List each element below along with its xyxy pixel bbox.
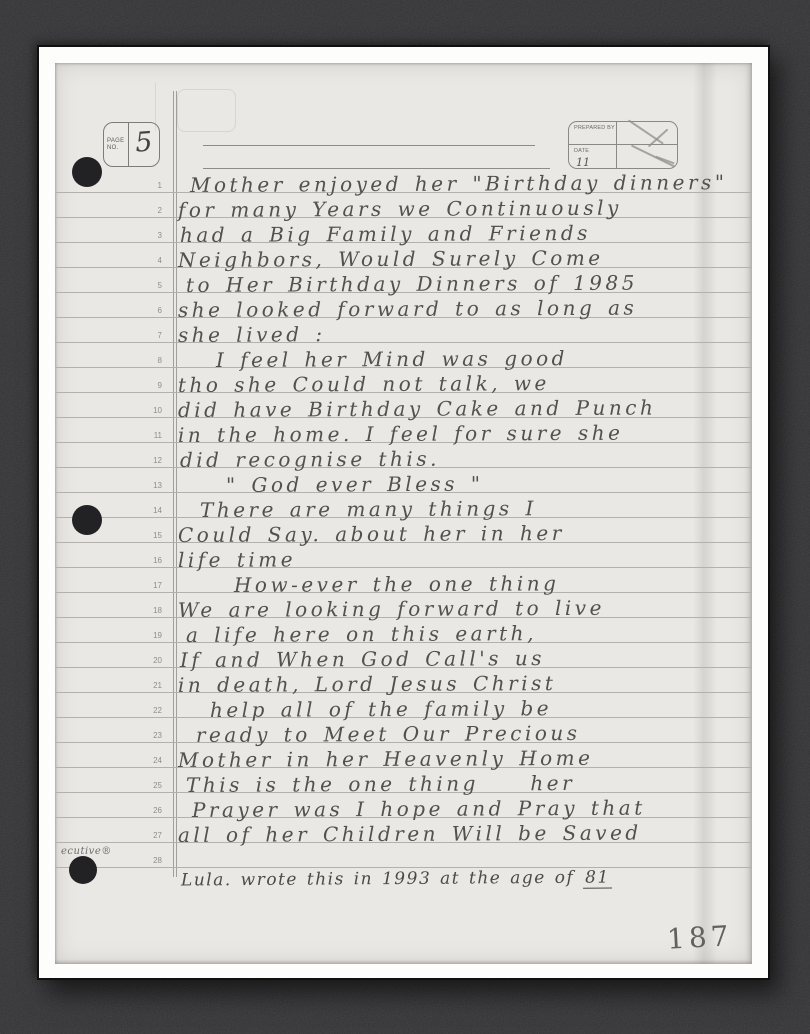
- line-row: 19 a life here on this earth,: [55, 618, 752, 643]
- line-number: 15: [130, 531, 162, 540]
- line-row: 14 There are many things I: [55, 493, 752, 518]
- line-row: 1 Mother enjoyed her "Birthday dinners": [55, 168, 752, 193]
- line-row: 18 We are looking forward to live: [55, 593, 752, 618]
- page-no-label-line2: NO.: [107, 145, 128, 152]
- stamp-cell-blank-2: [617, 145, 677, 168]
- line-number: 6: [130, 306, 162, 315]
- ghost-imprint-box: [177, 89, 236, 132]
- page-no-label: PAGE NO.: [104, 123, 129, 166]
- punch-hole-middle: [72, 505, 102, 535]
- line-row: 10 did have Birthday Cake and Punch: [55, 393, 752, 418]
- blank-title-line-1: [203, 145, 535, 146]
- line-row: 22 help all of the family be: [55, 693, 752, 718]
- line-row: 4 Neighbors, Would Surely Come: [55, 243, 752, 268]
- line-number: 17: [130, 581, 162, 590]
- line-number: 2: [130, 206, 162, 215]
- line-row: 2 for many Years we Continuously: [55, 193, 752, 218]
- line-number: 1: [130, 181, 162, 190]
- line-number: 3: [130, 231, 162, 240]
- corner-page-number: 187: [666, 919, 733, 955]
- line-row: 3 had a Big Family and Friends: [55, 218, 752, 243]
- line-row: 12 did recognise this.: [55, 443, 752, 468]
- pad-brand-imprint: ecutive®: [61, 846, 112, 857]
- line-row: 26 Prayer was I hope and Pray that: [55, 793, 752, 818]
- screenshot-stage: PAGE NO. 5 PREPARED BY DATE 11 1 Mother …: [0, 0, 810, 1034]
- line-number: 24: [130, 756, 162, 765]
- line-number: 12: [130, 456, 162, 465]
- line-row: 16 life time: [55, 543, 752, 568]
- line-row: 6 she looked forward to as long as: [55, 293, 752, 318]
- line-number: 19: [130, 631, 162, 640]
- line-number: 27: [130, 831, 162, 840]
- line-row: 25 This is the one thing her: [55, 768, 752, 793]
- line-row: 9 tho she Could not talk, we: [55, 368, 752, 393]
- line-row: 23 ready to Meet Our Precious: [55, 718, 752, 743]
- page-no-box: PAGE NO. 5: [103, 122, 160, 167]
- line-number: 20: [130, 656, 162, 665]
- footer-note-text: Lula. wrote this in 1993 at the age of: [181, 868, 583, 891]
- line-row: 7 she lived :: [55, 318, 752, 343]
- line-number: 14: [130, 506, 162, 515]
- footer-age-underlined: 81: [583, 867, 612, 888]
- line-row: 27 all of her Children Will be Saved: [55, 818, 752, 843]
- line-number: 23: [130, 731, 162, 740]
- line-row: 13 " God ever Bless ": [55, 468, 752, 493]
- line-row: 21 in death, Lord Jesus Christ: [55, 668, 752, 693]
- line-number: 11: [130, 431, 162, 440]
- punch-hole-bottom: [69, 856, 97, 884]
- line-number: 10: [130, 406, 162, 415]
- photo-frame: PAGE NO. 5 PREPARED BY DATE 11 1 Mother …: [37, 45, 770, 980]
- line-number: 7: [130, 331, 162, 340]
- line-number: 16: [130, 556, 162, 565]
- footer-handwritten-note: Lula. wrote this in 1993 at the age of 8…: [181, 867, 612, 890]
- line-row: 8 I feel her Mind was good: [55, 343, 752, 368]
- line-number: 9: [130, 381, 162, 390]
- line-number: 8: [130, 356, 162, 365]
- ruled-lines: 1 Mother enjoyed her "Birthday dinners" …: [55, 168, 752, 868]
- line-number: 28: [130, 856, 162, 865]
- line-row: 28: [55, 843, 752, 868]
- line-number: 5: [130, 281, 162, 290]
- line-row: 20 If and When God Call's us: [55, 643, 752, 668]
- line-number: 21: [130, 681, 162, 690]
- line-number: 13: [130, 481, 162, 490]
- line-number: 25: [130, 781, 162, 790]
- line-row: 11 in the home. I feel for sure she: [55, 418, 752, 443]
- prepared-by-label: PREPARED BY: [569, 122, 617, 145]
- line-number: 4: [130, 256, 162, 265]
- scanned-page: PAGE NO. 5 PREPARED BY DATE 11 1 Mother …: [55, 63, 752, 964]
- line-number: 26: [130, 806, 162, 815]
- line-row: 17 How-ever the one thing: [55, 568, 752, 593]
- page-no-label-line1: PAGE: [107, 138, 128, 145]
- page-no-value: 5: [128, 122, 161, 167]
- line-row: 15 Could Say. about her in her: [55, 518, 752, 543]
- line-row: 24 Mother in her Heavenly Home: [55, 743, 752, 768]
- line-number: 22: [130, 706, 162, 715]
- line-number: 18: [130, 606, 162, 615]
- punch-hole-top: [72, 157, 102, 187]
- line-row: 5 to Her Birthday Dinners of 1985: [55, 268, 752, 293]
